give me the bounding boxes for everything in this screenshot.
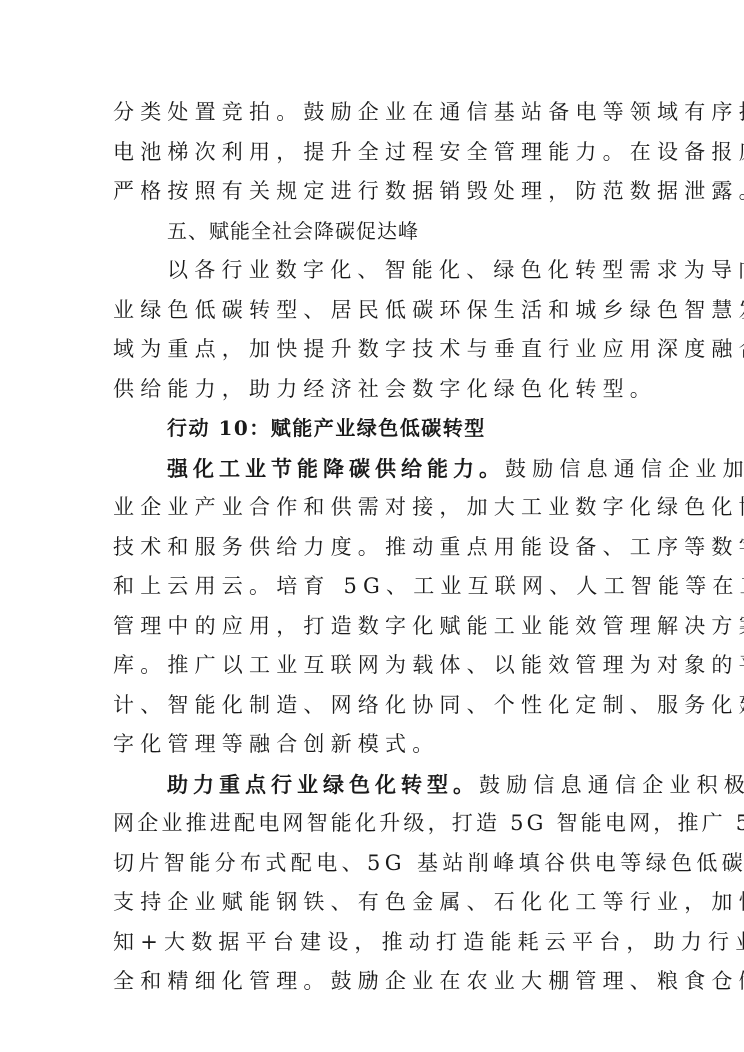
section-heading: 五、赋能全社会降碳促达峰	[113, 212, 635, 252]
text-line: 网企业推进配电网智能化升级，打造 5G 智能电网，推广 5G SA	[113, 804, 635, 844]
text-line: 供给能力，助力经济社会数字化绿色化转型。	[113, 370, 635, 410]
paragraph-lead-bold: 强化工业节能降碳供给能力。	[167, 456, 505, 481]
text-line: 库。推广以工业互联网为载体、以能效管理为对象的平台化设	[113, 646, 635, 686]
text-line: 强化工业节能降碳供给能力。鼓励信息通信企业加强与工	[113, 449, 635, 489]
action-heading: 行动 10：赋能产业绿色低碳转型	[113, 409, 635, 449]
document-page: 分类处置竞拍。鼓励企业在通信基站备电等领域有序推进动力 电池梯次利用，提升全过程…	[113, 93, 635, 1002]
text-line: 字化管理等融合创新模式。	[113, 725, 635, 765]
page-number: 10	[0, 972, 744, 984]
text-line: 严格按照有关规定进行数据销毁处理，防范数据泄露。	[113, 172, 635, 212]
paragraph-first-line-rest: 鼓励信息通信企业积极配合电	[479, 773, 744, 797]
text-line: 分类处置竞拍。鼓励企业在通信基站备电等领域有序推进动力	[113, 93, 635, 133]
text-line: 助力重点行业绿色化转型。鼓励信息通信企业积极配合电	[113, 765, 635, 805]
text-line: 切片智能分布式配电、5G 基站削峰填谷供电等绿色低碳应用。	[113, 844, 635, 884]
text-line: 知+大数据平台建设，推动打造能耗云平台，助力行业用能安	[113, 923, 635, 963]
text-line: 支持企业赋能钢铁、有色金属、石化化工等行业，加快物联感	[113, 883, 635, 923]
paragraph-key-industries: 助力重点行业绿色化转型。鼓励信息通信企业积极配合电 网企业推进配电网智能化升级，…	[113, 765, 635, 1002]
paragraph-lead-bold: 助力重点行业绿色化转型。	[167, 772, 479, 797]
text-line: 计、智能化制造、网络化协同、个性化定制、服务化延伸、数	[113, 686, 635, 726]
text-line: 电池梯次利用，提升全过程安全管理能力。在设备报废处置前	[113, 133, 635, 173]
text-line: 管理中的应用，打造数字化赋能工业能效管理解决方案资源	[113, 607, 635, 647]
paragraph-industry-energy-saving: 强化工业节能降碳供给能力。鼓励信息通信企业加强与工 业企业产业合作和供需对接，加…	[113, 449, 635, 765]
text-line: 技术和服务供给力度。推动重点用能设备、工序等数字化改造	[113, 528, 635, 568]
text-line: 和上云用云。培育 5G、工业互联网、人工智能等在工业能效	[113, 567, 635, 607]
paragraph-first-line-rest: 鼓励信息通信企业加强与工	[505, 457, 744, 481]
text-line: 域为重点，加快提升数字技术与垂直行业应用深度融合的服务	[113, 330, 635, 370]
section-intro-paragraph: 以各行业数字化、智能化、绿色化转型需求为导向，以产 业绿色低碳转型、居民低碳环保…	[113, 251, 635, 409]
text-line: 业绿色低碳转型、居民低碳环保生活和城乡绿色智慧发展等领	[113, 291, 635, 331]
text-line: 以各行业数字化、智能化、绿色化转型需求为导向，以产	[113, 251, 635, 291]
text-line: 业企业产业合作和供需对接，加大工业数字化绿色化协同发展	[113, 488, 635, 528]
paragraph-continued: 分类处置竞拍。鼓励企业在通信基站备电等领域有序推进动力 电池梯次利用，提升全过程…	[113, 93, 635, 212]
